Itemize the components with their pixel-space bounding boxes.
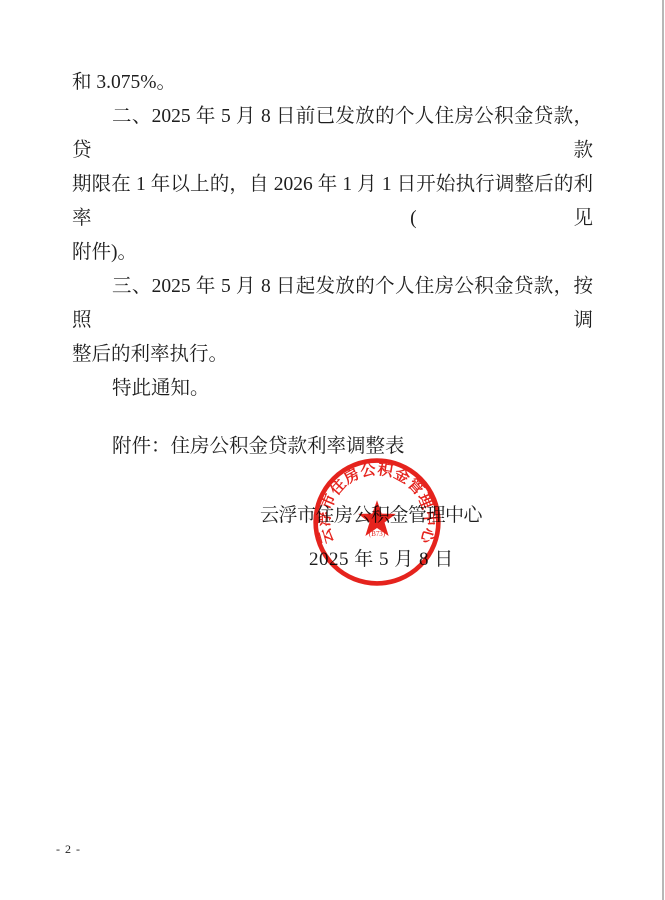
page-right-border (662, 0, 664, 900)
document-body: 和 3.075%。 二、2025 年 5 月 8 日前已发放的个人住房公积金贷款… (72, 66, 593, 464)
body-line: 特此通知。 (72, 372, 593, 406)
body-line: 三、2025 年 5 月 8 日起发放的个人住房公积金贷款，按照调 (72, 270, 593, 338)
body-line: 整后的利率执行。 (72, 338, 593, 372)
official-seal-stamp-icon: 云浮市住房公积金管理中心 (B73) (311, 456, 443, 588)
body-line: 二、2025 年 5 月 8 日前已发放的个人住房公积金贷款，贷款 (72, 100, 593, 168)
body-line: 附件)。 (72, 236, 593, 270)
body-line: 和 3.075%。 (72, 66, 593, 100)
document-page: 和 3.075%。 二、2025 年 5 月 8 日前已发放的个人住房公积金贷款… (0, 0, 665, 900)
seal-code: (B73) (369, 531, 385, 538)
body-line: 期限在 1 年以上的，自 2026 年 1 月 1 日开始执行调整后的利率 (见 (72, 168, 593, 236)
page-number: - 2 - (56, 842, 81, 857)
